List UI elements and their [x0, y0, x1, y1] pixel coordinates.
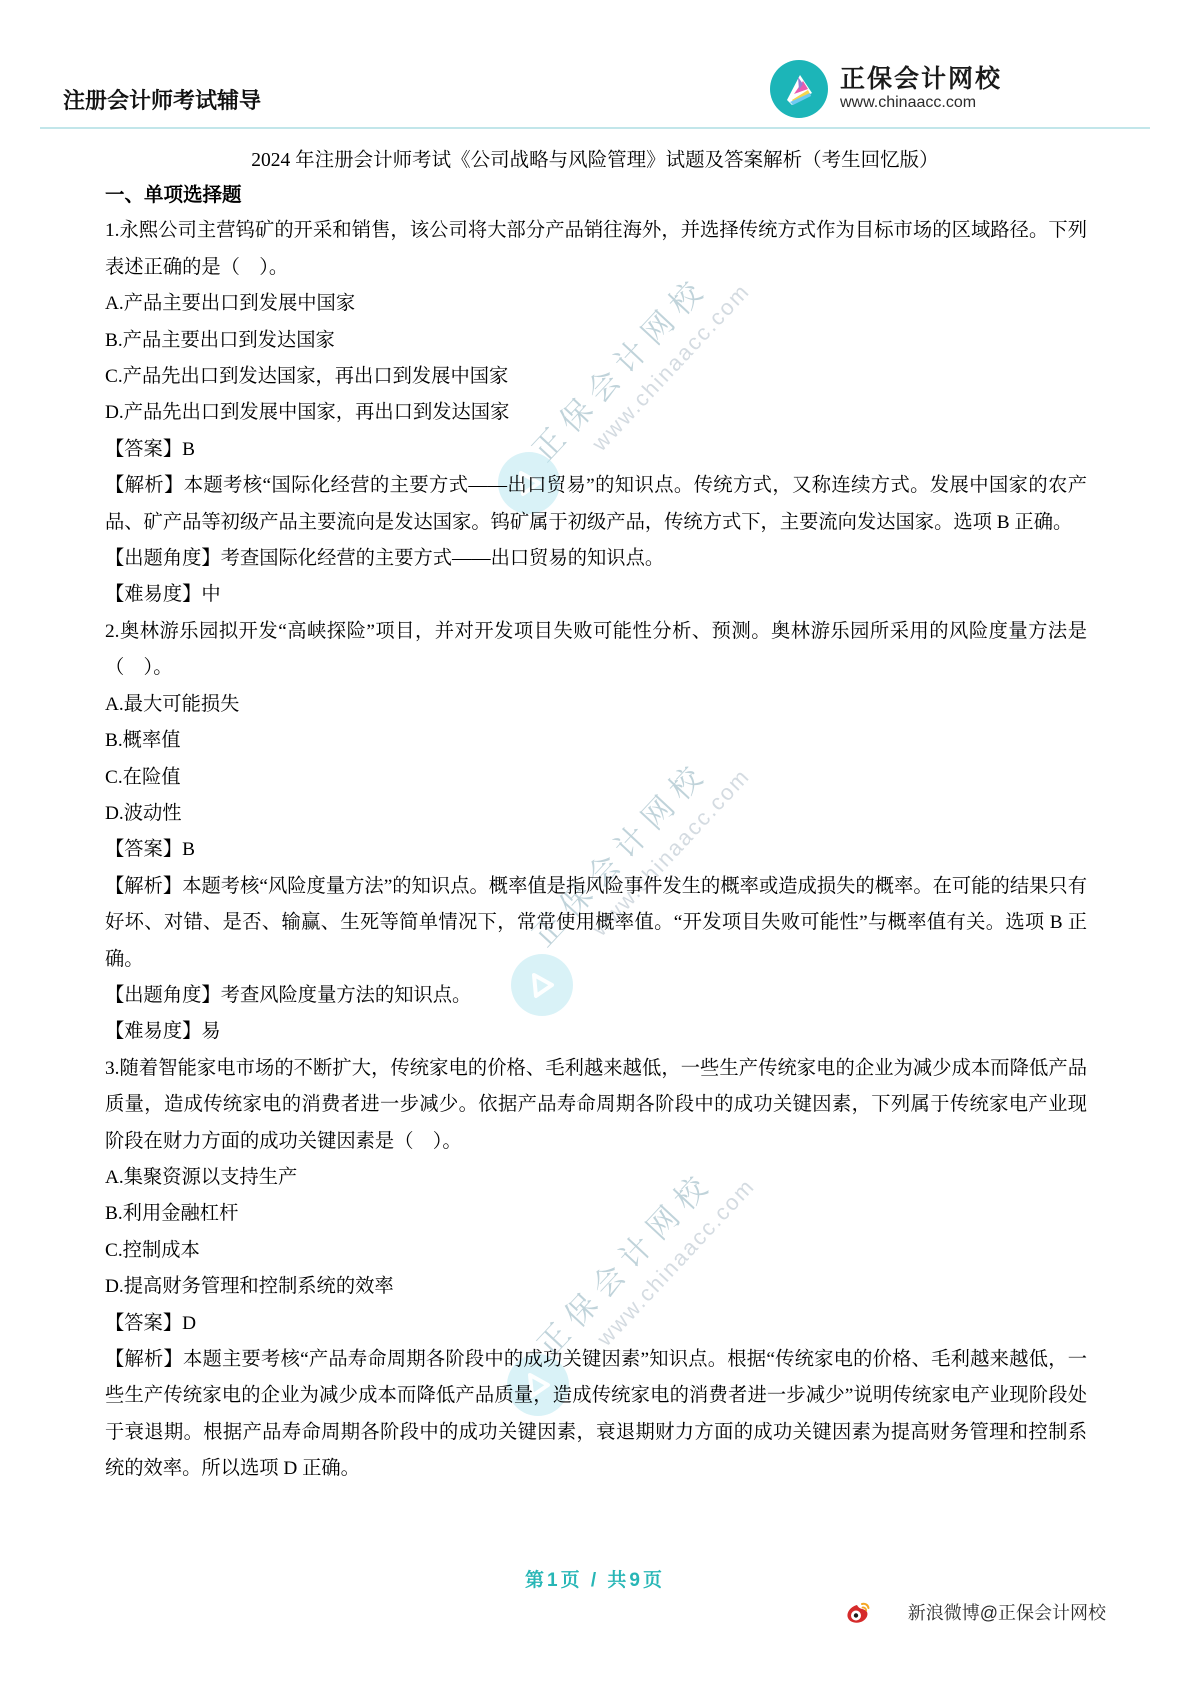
analysis-line: 【解析】本题主要考核“产品寿命周期各阶段中的成功关键因素”知识点。根据“传统家电…	[105, 1342, 1087, 1488]
question-stem: 3.随着智能家电市场的不断扩大，传统家电的价格、毛利越来越低，一些生产传统家电的…	[105, 1051, 1087, 1160]
question-option: D.提高财务管理和控制系统的效率	[105, 1269, 1087, 1305]
brand-name: 正保会计网校	[840, 65, 1002, 93]
doc-content: 一、单项选择题 1.永熙公司主营钨矿的开采和销售，该公司将大部分产品销往海外，并…	[105, 177, 1087, 1488]
answer-line: 【答案】B	[105, 832, 1087, 868]
question-option: A.集聚资源以支持生产	[105, 1160, 1087, 1196]
answer-line: 【答案】D	[105, 1306, 1087, 1342]
difficulty-line: 【难易度】中	[105, 577, 1087, 613]
question-option: A.最大可能损失	[105, 687, 1087, 723]
question-stem: 1.永熙公司主营钨矿的开采和销售，该公司将大部分产品销往海外，并选择传统方式作为…	[105, 213, 1087, 286]
question-option: C.控制成本	[105, 1233, 1087, 1269]
weibo-icon	[845, 1598, 872, 1625]
question-option: C.产品先出口到发达国家，再出口到发展中国家	[105, 359, 1087, 395]
question-stem: 2.奥林游乐园拟开发“高峡探险”项目，并对开发项目失败可能性分析、预测。奥林游乐…	[105, 614, 1087, 687]
difficulty-line: 【难易度】易	[105, 1014, 1087, 1050]
document-page: 正保会计网校 www.chinaacc.com 正保会计网校 www.china…	[0, 0, 1190, 1683]
doc-title: 2024 年注册会计师考试《公司战略与风险管理》试题及答案解析（考生回忆版）	[0, 144, 1190, 172]
course-label: 注册会计师考试辅导	[63, 84, 261, 115]
page-indicator: 第1页 / 共9页	[0, 1565, 1190, 1592]
angle-line: 【出题角度】考查国际化经营的主要方式——出口贸易的知识点。	[105, 541, 1087, 577]
question-option: D.产品先出口到发展中国家，再出口到发达国家	[105, 395, 1087, 431]
question-option: C.在险值	[105, 760, 1087, 796]
question-option: A.产品主要出口到发展中国家	[105, 286, 1087, 322]
header-divider	[40, 127, 1150, 129]
question-option: D.波动性	[105, 796, 1087, 832]
brand-logo-icon	[770, 60, 828, 118]
brand-block: 正保会计网校 www.chinaacc.com	[770, 60, 1002, 118]
section-heading: 一、单项选择题	[105, 177, 1087, 213]
question-option: B.概率值	[105, 723, 1087, 759]
analysis-line: 【解析】本题考核“国际化经营的主要方式——出口贸易”的知识点。传统方式，又称连续…	[105, 468, 1087, 541]
answer-line: 【答案】B	[105, 432, 1087, 468]
question-option: B.产品主要出口到发达国家	[105, 323, 1087, 359]
brand-website: www.chinaacc.com	[840, 93, 1002, 113]
analysis-line: 【解析】本题考核“风险度量方法”的知识点。概率值是指风险事件发生的概率或造成损失…	[105, 869, 1087, 978]
question-option: B.利用金融杠杆	[105, 1196, 1087, 1232]
angle-line: 【出题角度】考查风险度量方法的知识点。	[105, 978, 1087, 1014]
weibo-row: 新浪微博@正保会计网校	[845, 1598, 1106, 1625]
weibo-label: 新浪微博@正保会计网校	[908, 1599, 1106, 1625]
brand-text: 正保会计网校 www.chinaacc.com	[840, 65, 1002, 113]
